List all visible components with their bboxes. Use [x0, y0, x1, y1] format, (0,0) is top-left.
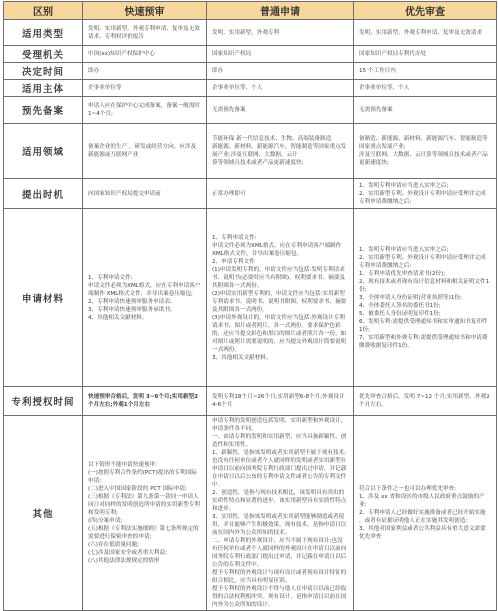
cell-normal: 即办 [207, 63, 354, 80]
row-label-pre-filing: 预先备案 [4, 97, 83, 124]
cell-priority: 符合以下条件之一也可以办理优先审查: 1、涉及 xx 省和设区的市级人民政府重点… [354, 416, 497, 601]
cell-priority: 发明、实用新型、外观专利申请、复审及无效请求 [354, 20, 497, 46]
table-row: 适用类型 发明、实用新型、外观专利申请、复审及无效请求、专利权评价报告 发明、实… [4, 20, 497, 46]
table-row: 预先备案 申请人应在保护中心完成备案，备案一般需时 1~4个月; 无需预先备案 … [4, 97, 497, 124]
table-row: 其他 以下情形不能申请快速预审: (一)按照专利合作条约(PCT)提出的专利国际… [4, 416, 497, 601]
cell-fast: 企事业单位等 [83, 80, 207, 97]
header-category: 区别 [4, 2, 83, 20]
cell-fast: 快速预审合格后，发明 3~6个月;实用新型2个月左右;外观1个月左右 [83, 387, 207, 416]
cell-priority: 1、发明专利申请应当进入实审之后; 2、实用新型专利、外观设计专利申请应受理并完… [354, 209, 497, 387]
table-row: 适用领域 备案企业的生产 ，研发或经营方向，应涉及新能源或互联网产业 节能环保 … [4, 124, 497, 179]
header-row: 区别 快速预审 普通申请 优先审查 [4, 2, 497, 20]
cell-normal: 申请专利的发明创造包括发明、实用新型和外观设计，申请条件各不同。 一、由请专利的… [207, 416, 354, 601]
cell-fast: 即办 [83, 63, 207, 80]
table-row: 提出时机 向国家知识产权局提交申请前 正常办理即可 1、发明专利申请应当进入实审… [4, 179, 497, 209]
row-label-grant-time: 专利授权时间 [4, 387, 83, 416]
row-label-applicable-type: 适用类型 [4, 20, 83, 46]
cell-priority: 1、发明专利申请应当进入实审之后; 2、实用新型专利、外观设计专利申请应受理并完… [354, 179, 497, 209]
cell-fast: 1、专利申请文件: 申请文件必须为XML格式，应在专利申请客户端制作 XML格式… [83, 209, 207, 387]
cell-fast: 申请人应在保护中心完成备案，备案一般需时 1~4个月; [83, 97, 207, 124]
cell-normal: 节能环保 新一代信息技术、生物、高端装备制造 新能源、新材料、新能源汽车，智能制… [207, 124, 354, 179]
cell-priority: 无需预先备案 [354, 97, 497, 124]
table-row: 受理机关 中国(xx)知识产权保护中心 国家知识产权局 国家知识产权局专利代办处 [4, 46, 497, 63]
row-label-accepting-agency: 受理机关 [4, 46, 83, 63]
header-fast-review: 快速预审 [83, 2, 207, 20]
cell-fast: 向国家知识产权局提交申请前 [83, 179, 207, 209]
table-row: 决定时间 即办 即办 15 个工作日内 [4, 63, 497, 80]
cell-priority: 国家知识产权局专利代办处 [354, 46, 497, 63]
row-label-submission-timing: 提出时机 [4, 179, 83, 209]
row-label-application-materials: 申请材料 [4, 209, 83, 387]
row-label-other: 其他 [4, 416, 83, 601]
table-row: 申请材料 1、专利申请文件: 申请文件必须为XML格式，应在专利申请客户端制作 … [4, 209, 497, 387]
cell-fast: 以下情形不能申请快速预审: (一)按照专利合作条约(PCT)提出的专利国际申请;… [83, 416, 207, 601]
cell-normal: 发明、实用新型、外观专利 [207, 20, 354, 46]
cell-normal: 国家知识产权局 [207, 46, 354, 63]
header-priority-review: 优先审查 [354, 2, 497, 20]
cell-normal: 无需预先备案 [207, 97, 354, 124]
table-row: 专利授权时间 快速预审合格后，发明 3~6个月;实用新型2个月左右;外观1个月左… [4, 387, 497, 416]
comparison-table: 区别 快速预审 普通申请 优先审查 适用类型 发明、实用新型、外观专利申请、复审… [3, 1, 497, 600]
cell-normal: 企事业单位等、个人 [207, 80, 354, 97]
cell-normal: 正常办理即可 [207, 179, 354, 209]
row-label-applicable-field: 适用领域 [4, 124, 83, 179]
cell-priority: 备制造、新能源、新材料、新能源汽车、智能制造等国家重点发展产业; 涉及互联网、大… [354, 124, 497, 179]
cell-normal: 1、专利申请文件: 申请文件必须为XML格式，应在专利申请客户端制作 XML格式… [207, 209, 354, 387]
cell-priority: 优先审查合格后，发明 7~12 个月;实用新型、外观2个月左右。 [354, 387, 497, 416]
table-row: 适用主体 企事业单位等 企事业单位等、个人 企事业单位等、个人 [4, 80, 497, 97]
header-normal-application: 普通申请 [207, 2, 354, 20]
cell-priority: 企事业单位等、个人 [354, 80, 497, 97]
cell-fast: 备案企业的生产 ，研发或经营方向，应涉及新能源或互联网产业 [83, 124, 207, 179]
cell-fast: 中国(xx)知识产权保护中心 [83, 46, 207, 63]
cell-normal: 发明专利18个月~26个月;实用新型6-8个月;外观设计4-6个月 [207, 387, 354, 416]
cell-fast: 发明、实用新型、外观专利申请、复审及无效请求、专利权评价报告 [83, 20, 207, 46]
cell-priority: 15 个工作日内 [354, 63, 497, 80]
row-label-decision-time: 决定时间 [4, 63, 83, 80]
row-label-applicable-subject: 适用主体 [4, 80, 83, 97]
